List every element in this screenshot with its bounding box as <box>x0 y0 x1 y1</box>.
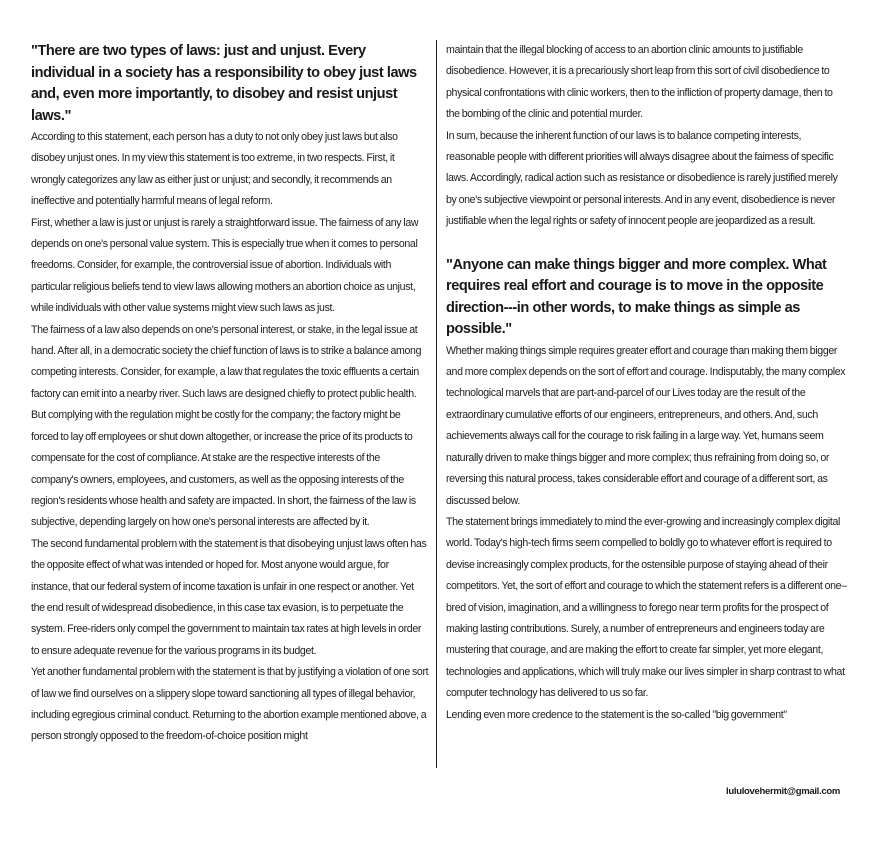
paragraph: Whether making things simple requires gr… <box>446 341 848 512</box>
column-divider <box>436 40 437 768</box>
section-spacer <box>446 233 848 255</box>
paragraph: According to this statement, each person… <box>31 127 429 213</box>
footer-email: lululovehermit@gmail.com <box>726 786 840 797</box>
paragraph: In sum, because the inherent function of… <box>446 126 848 233</box>
paragraph: Yet another fundamental problem with the… <box>31 662 429 748</box>
paragraph: Lending even more credence to the statem… <box>446 705 848 726</box>
essay-prompt-heading-1: "There are two types of laws: just and u… <box>31 41 429 127</box>
paragraph: The fairness of a law also depends on on… <box>31 320 429 534</box>
essay-prompt-heading-2: "Anyone can make things bigger and more … <box>446 255 848 341</box>
paragraph: maintain that the illegal blocking of ac… <box>446 40 848 126</box>
document-page: "There are two types of laws: just and u… <box>0 0 870 842</box>
paragraph: First, whether a law is just or unjust i… <box>31 213 429 320</box>
paragraph: The statement brings immediately to mind… <box>446 512 848 705</box>
left-column: "There are two types of laws: just and u… <box>31 40 429 748</box>
paragraph: The second fundamental problem with the … <box>31 534 429 662</box>
right-column: maintain that the illegal blocking of ac… <box>446 40 848 726</box>
